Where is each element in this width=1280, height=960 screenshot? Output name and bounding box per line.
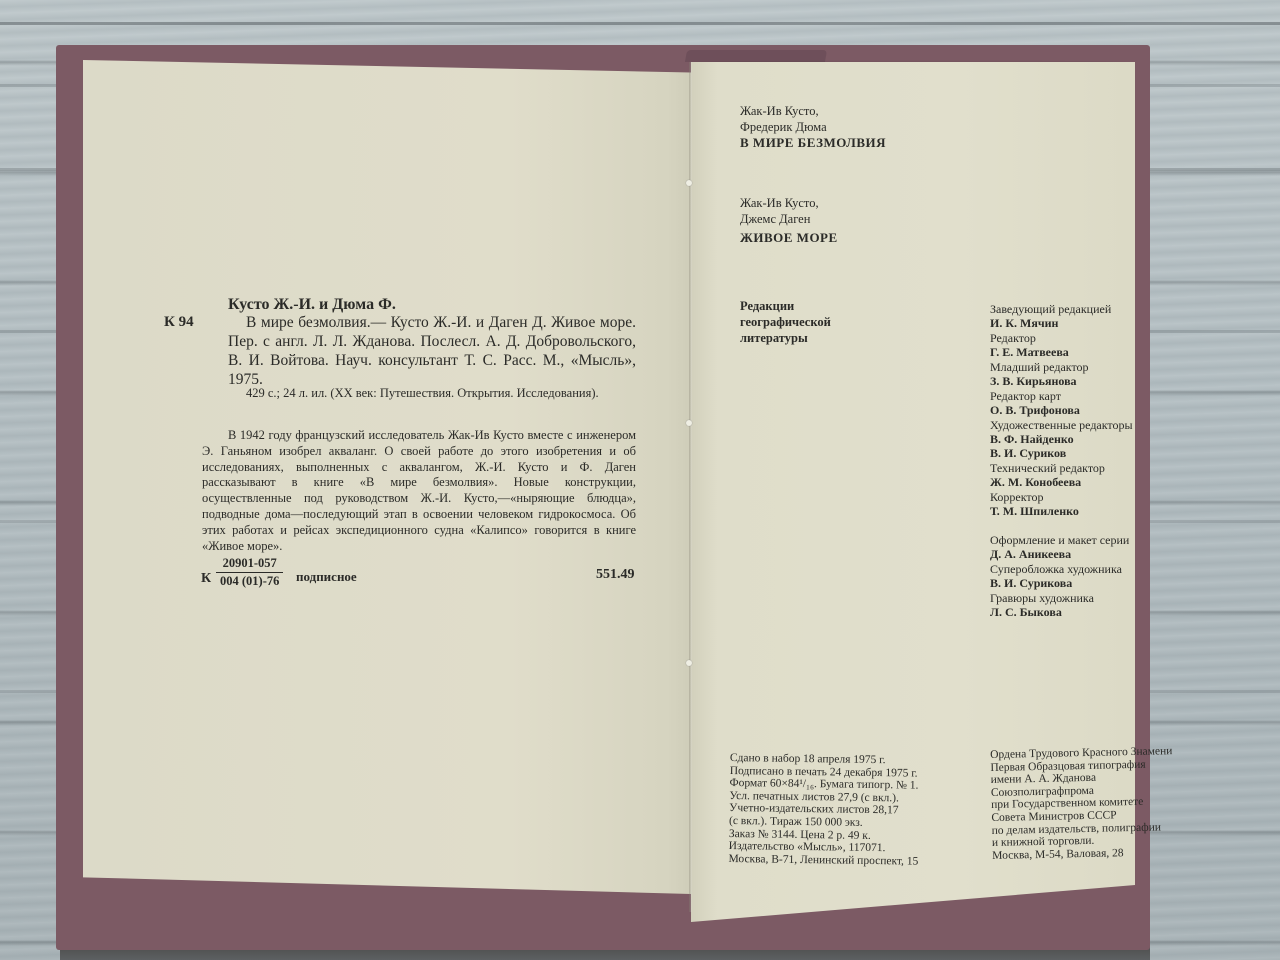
catalog-physical-description: 429 с.; 24 л. ил. (XX век: Путешествия. … <box>228 386 636 401</box>
binding-stitch <box>686 180 692 186</box>
credit-entry: Младший редакторЗ. В. Кирьянова <box>990 360 1133 388</box>
binding-stitch <box>686 420 692 426</box>
credit-name: Г. Е. Матвеева <box>990 345 1133 359</box>
credit-role: Суперобложка художника <box>990 562 1133 576</box>
credits-spacer <box>990 519 1133 533</box>
credit-entry: Художественные редакторыВ. Ф. НайденкоВ.… <box>990 418 1133 460</box>
book1-author-line: Жак-Ив Кусто, <box>740 103 827 119</box>
book2-title: ЖИВОЕ МОРЕ <box>740 230 838 246</box>
classification-note: подписное <box>296 569 357 585</box>
book2-author-line: Джемс Даген <box>740 211 819 227</box>
book1-author-line: Фредерик Дюма <box>740 119 827 135</box>
book-spine <box>685 50 827 62</box>
department-line: Редакции <box>740 298 831 314</box>
credit-name: З. В. Кирьянова <box>990 374 1133 388</box>
table-board-seam <box>0 22 1280 25</box>
credit-role: Корректор <box>990 490 1133 504</box>
imprint-line: Москва, В-71, Ленинский проспект, 15 <box>728 853 918 868</box>
credit-entry: Суперобложка художникаВ. И. Сурикова <box>990 562 1133 590</box>
binding-stitch <box>686 660 692 666</box>
book-gutter <box>689 62 692 912</box>
catalog-index-code: К 94 <box>164 314 194 331</box>
credit-name: В. Ф. Найденко <box>990 432 1133 446</box>
classification-numerator: 20901-057 <box>216 556 283 573</box>
editorial-department: Редакции географической литературы <box>740 298 831 346</box>
credit-role: Гравюры художника <box>990 591 1133 605</box>
credit-entry: Заведующий редакциейИ. К. Мячин <box>990 302 1133 330</box>
credit-name: В. И. Суриков <box>990 446 1133 460</box>
book-annotation: В 1942 году французский исследователь Жа… <box>202 428 636 554</box>
credit-role: Младший редактор <box>990 360 1133 374</box>
credit-entry: КорректорТ. М. Шпиленко <box>990 490 1133 518</box>
credit-entry: Технический редакторЖ. М. Конобеева <box>990 461 1133 489</box>
credit-entry: Редактор картО. В. Трифонова <box>990 389 1133 417</box>
credit-role: Технический редактор <box>990 461 1133 475</box>
credit-name: Т. М. Шпиленко <box>990 504 1133 518</box>
publication-imprint: Сдано в набор 18 апреля 1975 г.Подписано… <box>728 752 919 868</box>
editorial-credits: Заведующий редакциейИ. К. МячинРедакторГ… <box>990 302 1133 620</box>
credit-entry: Гравюры художникаЛ. С. Быкова <box>990 591 1133 619</box>
udc-code: 551.49 <box>596 567 635 583</box>
credit-name: Ж. М. Конобеева <box>990 475 1133 489</box>
printer-info: Ордена Трудового Красного ЗнамениПервая … <box>990 745 1175 862</box>
credit-name: И. К. Мячин <box>990 316 1133 330</box>
catalog-author-heading: Кусто Ж.-И. и Дюма Ф. <box>228 296 396 314</box>
credit-name: Д. А. Аникеева <box>990 547 1133 561</box>
book2-authors: Жак-Ив Кусто, Джемс Даген <box>740 195 819 227</box>
department-line: литературы <box>740 330 831 346</box>
classification-letter: К <box>201 571 211 587</box>
credit-name: Л. С. Быкова <box>990 605 1133 619</box>
credit-name: О. В. Трифонова <box>990 403 1133 417</box>
classification-fraction: 20901-057 004 (01)-76 <box>216 556 283 589</box>
book1-title: В МИРЕ БЕЗМОЛВИЯ <box>740 135 886 151</box>
catalog-bibliographic-entry: В мире безмолвия.— Кусто Ж.-И. и Даген Д… <box>228 313 636 389</box>
book2-author-line: Жак-Ив Кусто, <box>740 195 819 211</box>
credit-role: Оформление и макет серии <box>990 533 1133 547</box>
book1-authors: Жак-Ив Кусто, Фредерик Дюма <box>740 103 827 135</box>
credit-role: Редактор <box>990 331 1133 345</box>
credit-role: Редактор карт <box>990 389 1133 403</box>
department-line: географической <box>740 314 831 330</box>
credit-name: В. И. Сурикова <box>990 576 1133 590</box>
credit-entry: Оформление и макет серииД. А. Аникеева <box>990 533 1133 561</box>
classification-denominator: 004 (01)-76 <box>216 573 283 589</box>
credit-role: Художественные редакторы <box>990 418 1133 432</box>
credit-entry: РедакторГ. Е. Матвеева <box>990 331 1133 359</box>
credit-role: Заведующий редакцией <box>990 302 1133 316</box>
